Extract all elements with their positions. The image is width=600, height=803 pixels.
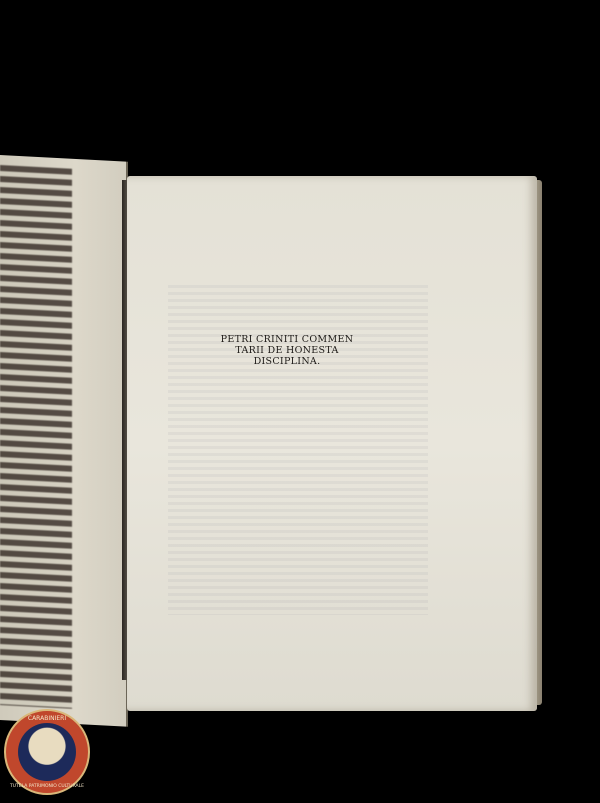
carabinieri-badge: CARABINIERI TUTELA PATRIMONIO CULTURALE: [4, 709, 90, 795]
badge-top-text: CARABINIERI: [6, 715, 88, 722]
badge-emblem-icon: [18, 723, 76, 781]
manuscript-text: [0, 165, 72, 709]
title-line-3: DISCIPLINA.: [212, 356, 362, 367]
title-line-1: PETRI CRINITI COMMEN: [212, 334, 362, 345]
badge-bottom-text: TUTELA PATRIMONIO CULTURALE: [6, 784, 88, 789]
left-page: [0, 155, 128, 727]
title-line-2: TARII DE HONESTA: [212, 345, 362, 356]
title-block: PETRI CRINITI COMMEN TARII DE HONESTA DI…: [212, 334, 362, 367]
